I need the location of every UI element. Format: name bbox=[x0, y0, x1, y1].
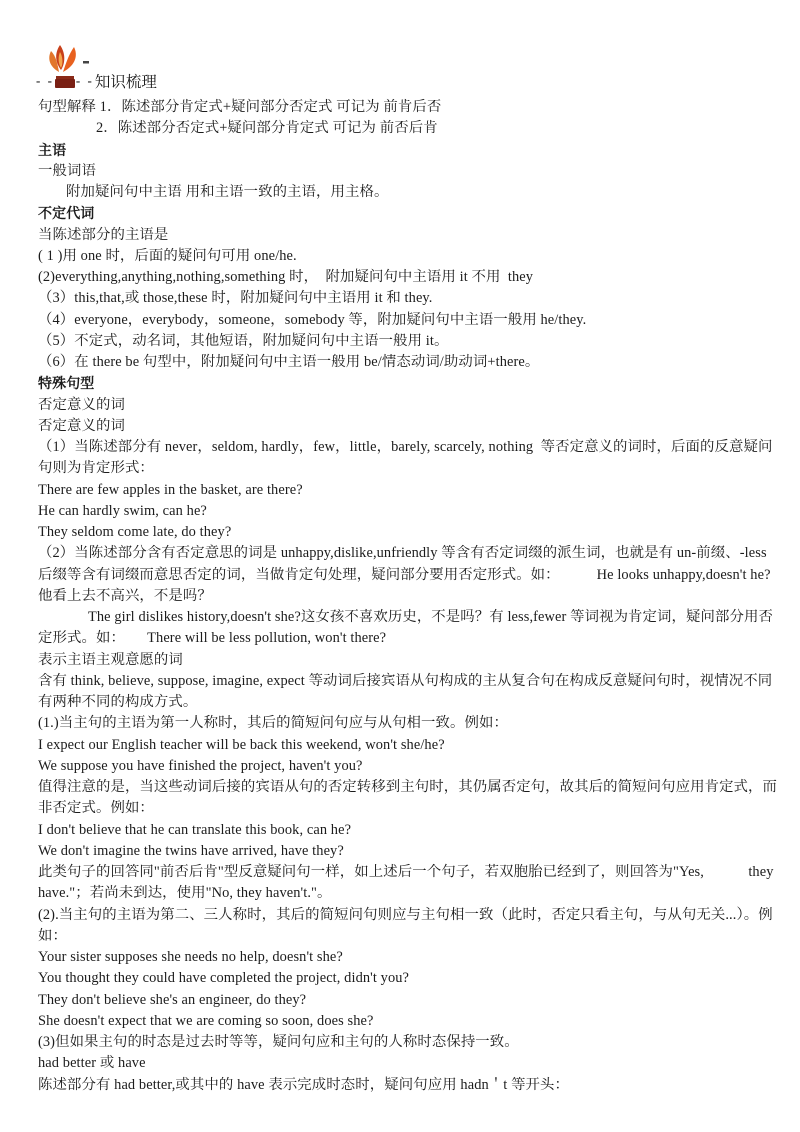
document-content: 句型解释 1．陈述部分肯定式+疑问部分否定式 可记为 前肯后否2．陈述部分否定式… bbox=[38, 97, 778, 1096]
text-line: We suppose you have finished the project… bbox=[38, 756, 778, 777]
text-line: （1）当陈述部分有 never，seldom, hardly，few，littl… bbox=[38, 437, 778, 458]
text-line: have."；若尚未到达，使用"No, they haven't."。 bbox=[38, 883, 778, 904]
text-line: You thought they could have completed th… bbox=[38, 968, 778, 989]
text-line: 2．陈述部分否定式+疑问部分肯定式 可记为 前否后肯 bbox=[38, 118, 778, 139]
text-line: （3）this,that,或 those,these 时，附加疑问句中主语用 i… bbox=[38, 288, 778, 309]
text-line: 附加疑问句中主语 用和主语一致的主语，用主格。 bbox=[38, 182, 778, 203]
text-line: 一般词语 bbox=[38, 161, 778, 182]
text-line: 他看上去不高兴，不是吗？ bbox=[38, 586, 778, 607]
text-line: 当陈述部分的主语是 bbox=[38, 225, 778, 246]
text-line: 陈述部分有 had better,或其中的 have 表示完成时态时，疑问句应用… bbox=[38, 1075, 778, 1096]
text-line: （4）everyone，everybody，someone，somebody 等… bbox=[38, 310, 778, 331]
dash-marks-right: - - bbox=[76, 73, 94, 89]
logo-seal-mark bbox=[55, 79, 75, 88]
text-line: I don't believe that he can translate th… bbox=[38, 820, 778, 841]
text-line: 句则为肯定形式： bbox=[38, 458, 778, 479]
text-line: 表示主语主观意愿的词 bbox=[38, 650, 778, 671]
text-line: 含有 think, believe, suppose, imagine, exp… bbox=[38, 671, 778, 692]
text-line: 否定意义的词 bbox=[38, 395, 778, 416]
text-line: 句型解释 1．陈述部分肯定式+疑问部分否定式 可记为 前肯后否 bbox=[38, 97, 778, 118]
text-line: ( 1 )用 one 时，后面的疑问句可用 one/he. bbox=[38, 246, 778, 267]
text-line: (2).当主句的主语为第二、三人称时，其后的简短问句则应与主句相一致（此时，否定… bbox=[38, 905, 778, 926]
text-line: （6）在 there be 句型中，附加疑问句中主语一般用 be/情态动词/助动… bbox=[38, 352, 778, 373]
text-line: 此类句子的回答同"前否后肯"型反意疑问句一样，如上述后一个句子，若双胞胎已经到了… bbox=[38, 862, 778, 883]
text-line: （5）不定式，动名词，其他短语，附加疑问句中主语一般用 it。 bbox=[38, 331, 778, 352]
text-line: He can hardly swim, can he? bbox=[38, 501, 778, 522]
text-line: She doesn't expect that we are coming so… bbox=[38, 1011, 778, 1032]
text-line: （2）当陈述部分含有否定意思的词是 unhappy,dislike,unfrie… bbox=[38, 543, 778, 564]
document-page: - - - - 知识梳理 句型解释 1．陈述部分肯定式+疑问部分否定式 可记为 … bbox=[0, 0, 800, 1132]
brand-row: - - - - 知识梳理 bbox=[36, 70, 157, 92]
section-heading: 特殊句型 bbox=[38, 373, 778, 394]
text-line: 有两种不同的构成方式。 bbox=[38, 692, 778, 713]
text-line: 如： bbox=[38, 926, 778, 947]
text-line: I expect our English teacher will be bac… bbox=[38, 735, 778, 756]
text-line: (2)everything,anything,nothing,something… bbox=[38, 267, 778, 288]
text-line: had better 或 have bbox=[38, 1053, 778, 1074]
text-line: The girl dislikes history,doesn't she?这女… bbox=[38, 607, 778, 628]
text-line: There are few apples in the basket, are … bbox=[38, 480, 778, 501]
brand-title: 知识梳理 bbox=[95, 70, 157, 92]
text-line: They seldom come late, do they? bbox=[38, 522, 778, 543]
text-line: Your sister supposes she needs no help, … bbox=[38, 947, 778, 968]
text-line: They don't believe she's an engineer, do… bbox=[38, 990, 778, 1011]
text-line: (3)但如果主句的时态是过去时等等，疑问句应和主句的人称时态保持一致。 bbox=[38, 1032, 778, 1053]
text-line: 非否定式。例如： bbox=[38, 798, 778, 819]
section-heading: 不定代词 bbox=[38, 203, 778, 224]
text-line: We don't imagine the twins have arrived,… bbox=[38, 841, 778, 862]
text-line: (1.)当主句的主语为第一人称时，其后的简短问句应与从句相一致。例如： bbox=[38, 713, 778, 734]
text-line: 定形式。如： There will be less pollution, won… bbox=[38, 628, 778, 649]
dash-marks-left: - - bbox=[36, 73, 54, 89]
text-line: 否定意义的词 bbox=[38, 416, 778, 437]
section-heading: 主语 bbox=[38, 140, 778, 161]
text-line: 后缀等含有词缀而意思否定的词，当做肯定句处理，疑问部分要用否定形式。如： He … bbox=[38, 565, 778, 586]
text-line: 值得注意的是，当这些动词后接的宾语从句的否定转移到主句时，其仍属否定句，故其后的… bbox=[38, 777, 778, 798]
